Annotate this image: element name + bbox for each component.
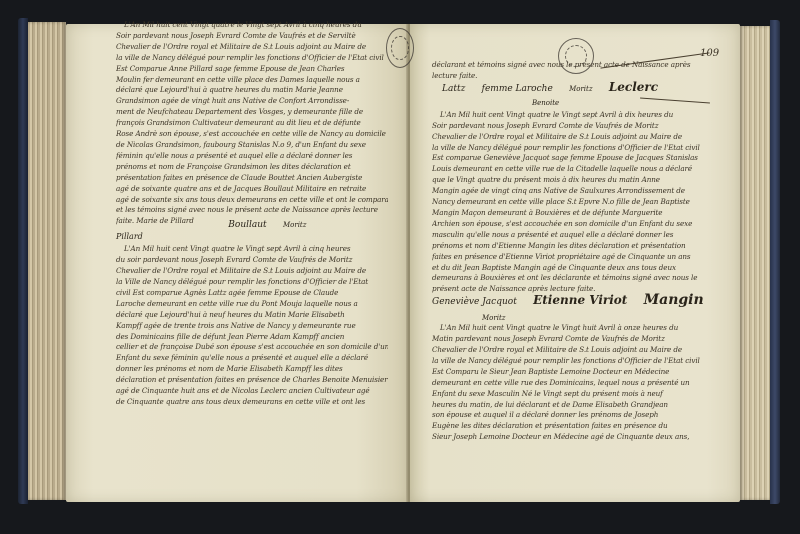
- signature-row-top: Lattz femme Laroche Moritz Leclerc: [432, 82, 714, 98]
- signature: Benoite: [532, 98, 559, 109]
- signature: Moritz: [569, 84, 592, 95]
- right-page-text: déclarant et témoins signé avec nous le …: [432, 60, 714, 443]
- entry-line: Rose Andrè son épouse, s'est accouchée e…: [116, 129, 388, 140]
- entry-line: son épouse et auquel il a déclaré donner…: [432, 410, 714, 421]
- margin-signature-row: Pillard: [116, 232, 388, 244]
- entry-line: Grandsimon agée de vingt huit ans Native…: [116, 96, 388, 107]
- entry-line: Eugène les dites déclaration et présenta…: [432, 421, 714, 432]
- entry-line: Mangin Maçon demeurant à Bouxières et de…: [432, 208, 714, 219]
- entry-line: de Nicolas Grandsimon, faubourg Stanisla…: [116, 140, 388, 151]
- entry-line: Chevalier de l'Ordre royal et Militaire …: [116, 266, 388, 277]
- entry-line: faite. Marie de Pillard: [116, 216, 226, 227]
- entry-line: faites en présence d'Etienne Viriot prop…: [432, 252, 714, 263]
- birth-entry-4: L'An Mil huit cent Vingt quatre le Vingt…: [432, 323, 714, 443]
- entry-line: civil Est comparue Agnès Lattz agée femm…: [116, 288, 388, 299]
- entry-line: L'An Mil huit cent Vingt quatre le Vingt…: [432, 110, 714, 121]
- entry-line: prénoms et nom de Françoise Grandsimon l…: [116, 162, 388, 173]
- continuation-text: déclarant et témoins signé avec nous le …: [432, 60, 714, 82]
- signature-row: faite. Marie de Pillard Boullaut Moritz: [116, 216, 388, 232]
- birth-entry-3: L'An Mil huit cent Vingt quatre le Vingt…: [432, 110, 714, 323]
- entry-line: ment de Neufchateau Departement des Vosg…: [116, 107, 388, 118]
- signature: Etienne Viriot: [533, 295, 627, 306]
- seal-stamp-icon: [386, 28, 414, 68]
- entry-line: Chevalier de l'Ordre royal et Militaire …: [432, 132, 714, 143]
- entry-line: demeurans à Bouxières et ont les déclara…: [432, 273, 714, 284]
- entry-line: agé de soixante quatre ans et de Jacques…: [116, 184, 388, 195]
- entry-line: la ville de Nancy délégué pour remplir l…: [432, 143, 714, 154]
- entry-line: Enfant du sexe féminin qu'elle nous a pr…: [116, 353, 388, 364]
- entry-line: du soir pardevant nous Joseph Evrard Com…: [116, 255, 388, 266]
- entry-line: et les témoins signé avec nous le présen…: [116, 205, 388, 216]
- entry-line: Nancy demeurant en cette ville place S.t…: [432, 197, 714, 208]
- entry-line: L'An Mil huit cent Vingt quatre le Vingt…: [116, 20, 388, 31]
- entry-line: de Cinquante quatre ans tous deux demeur…: [116, 397, 388, 408]
- entry-line: Louis demeurant en cette ville rue de la…: [432, 164, 714, 175]
- entry-line: la ville de Nancy délégué pour remplir l…: [432, 356, 714, 367]
- entry-line: prénoms et nom d'Etienne Mangin les dite…: [432, 241, 714, 252]
- entry-line: Mangin agée de vingt cinq ans Native de …: [432, 186, 714, 197]
- binding-left: [18, 18, 28, 504]
- entry-line: cellier et de françoise Dubé son épouse …: [116, 342, 388, 353]
- entry-line: Archien son épouse, s'est accouchée en s…: [432, 219, 714, 230]
- entry-line: Enfant du sexe Masculin Né le Vingt sept…: [432, 389, 714, 400]
- entry-line: Chevalier de l'Ordre royal et Militaire …: [116, 42, 388, 53]
- entry-line: Laroche demeurant en cette ville rue du …: [116, 299, 388, 310]
- entry-line: Est comparue Geneviève Jacquot sage femm…: [432, 153, 714, 164]
- entry-line: L'An Mil huit cent Vingt quatre le Vingt…: [116, 244, 388, 255]
- entry-line: Sieur Joseph Lemoine Docteur en Médecine…: [432, 432, 714, 443]
- entry-line: Moulin fer demeurant en cette ville plac…: [116, 75, 388, 86]
- entry-line: déclaré que Lejourd'hui à quatre heures …: [116, 85, 388, 96]
- signature: Leclerc: [609, 82, 658, 93]
- margin-signature: Pillard: [116, 232, 143, 243]
- entry-line: Soir pardevant nous Joseph Evrard Comte …: [116, 31, 388, 42]
- entry-line: que le Vingt quatre du présent mois à di…: [432, 175, 714, 186]
- birth-entry-1: L'An Mil huit cent Vingt quatre le Vingt…: [116, 20, 388, 232]
- entry-line: demeurant en cette ville rue des Dominic…: [432, 378, 714, 389]
- entry-line: Kampff agée de trente trois ans Native d…: [116, 321, 388, 332]
- birth-entry-2: L'An Mil huit cent Vingt quatre le Vingt…: [116, 244, 388, 408]
- entry-line: Matin pardevant nous Joseph Evrard Comte…: [432, 334, 714, 345]
- entry-line: françois Grandsimon Cultivateur demeuran…: [116, 118, 388, 129]
- entry-line: déclarant et témoins signé avec nous le …: [432, 60, 714, 71]
- entry-line: donner les prénoms et nom de Marie Elisa…: [116, 364, 388, 375]
- signature-row: Geneviève Jacquot Etienne Viriot Mangin: [432, 295, 714, 313]
- signature: Boullaut: [228, 220, 266, 231]
- entry-line: déclaration et présentation faites en pr…: [116, 375, 388, 386]
- signature: Moritz: [283, 220, 306, 231]
- entry-line: Soir pardevant nous Joseph Evrard Comte …: [432, 121, 714, 132]
- entry-line: agé de soixante six ans tous deux demeur…: [116, 195, 388, 206]
- page-edges-left: [28, 22, 66, 500]
- page-edges-right: [740, 26, 770, 500]
- signature: Mangin: [644, 295, 704, 306]
- signature-row-2: Moritz: [432, 313, 714, 323]
- left-page-text: L'An Mil huit cent Vingt quatre le Vingt…: [116, 20, 388, 408]
- signature: Geneviève Jacquot: [432, 297, 517, 308]
- signature: Lattz: [442, 84, 465, 95]
- entry-line: L'An Mil huit cent Vingt quatre le Vingt…: [432, 323, 714, 334]
- entry-line: et du dit Jean Baptiste Mangin agé de Ci…: [432, 263, 714, 274]
- entry-line: masculin qu'elle nous a présenté et auqu…: [432, 230, 714, 241]
- entry-line: lecture faite.: [432, 71, 714, 82]
- entry-line: Est Comparu le Sieur Jean Baptiste Lemoi…: [432, 367, 714, 378]
- entry-line: féminin qu'elle nous a présenté et auque…: [116, 151, 388, 162]
- entry-line: Chevalier de l'Ordre royal et Militaire …: [432, 345, 714, 356]
- binding-right: [770, 20, 780, 504]
- entry-line: présentation faites en présence de Claud…: [116, 173, 388, 184]
- signature: femme Laroche: [482, 84, 553, 95]
- entry-line: Est Comparue Anne Pillard sage femme Epo…: [116, 64, 388, 75]
- entry-line: des Dominicains fille de défunt Jean Pie…: [116, 332, 388, 343]
- entry-line: agé de Cinquante huit ans et de Nicolas …: [116, 386, 388, 397]
- entry-line: la Ville de Nancy délégué pour remplir l…: [116, 277, 388, 288]
- signature: Moritz: [482, 313, 505, 324]
- entry-line: heures du matin, de lui déclarant et de …: [432, 400, 714, 411]
- entry-line: déclaré que Lejourd'hui à neuf heures du…: [116, 310, 388, 321]
- entry-line: la ville de Nancy délégué pour remplir l…: [116, 53, 388, 64]
